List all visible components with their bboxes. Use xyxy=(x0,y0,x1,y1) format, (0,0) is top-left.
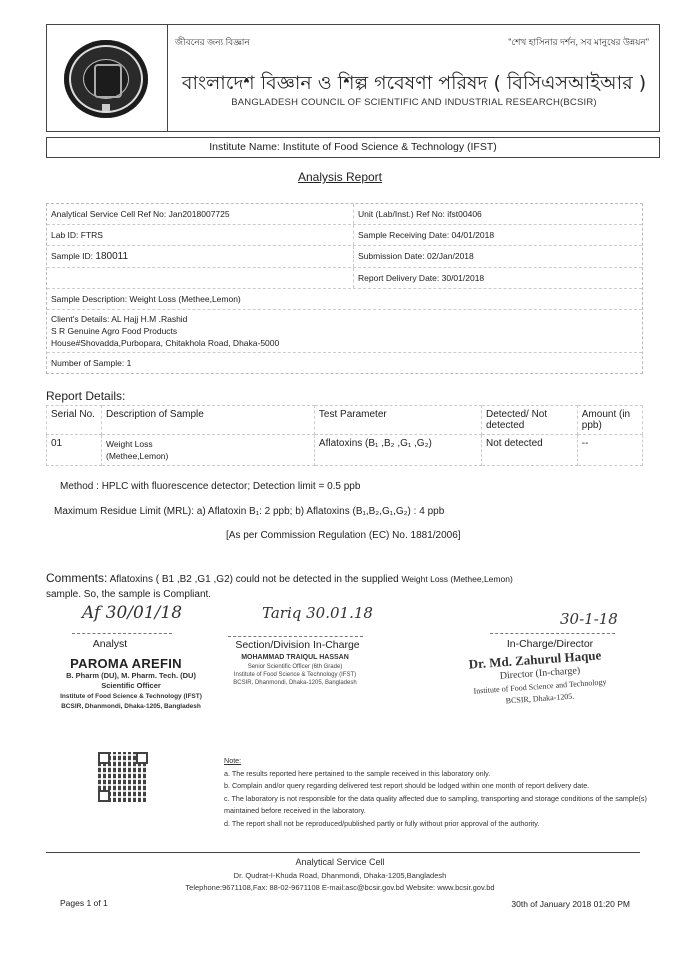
regulation-text: [As per Commission Regulation (EC) No. 1… xyxy=(226,530,461,541)
sample-id-value: 180011 xyxy=(95,251,128,262)
info-row: Sample Description: Weight Loss (Methee,… xyxy=(47,289,642,310)
analyst-signature: Af 30/01/18 xyxy=(82,603,182,623)
sample-description: Sample Description: Weight Loss (Methee,… xyxy=(47,289,642,309)
footer-divider xyxy=(46,852,640,853)
description-cell: Weight Loss (Methee,Lemon) xyxy=(102,435,315,466)
sample-id-label: Sample ID: xyxy=(51,251,95,261)
section-role: Section/Division In-Charge xyxy=(225,639,370,651)
analyst-name: PAROMA AREFIN xyxy=(46,656,206,671)
lab-id: Lab ID: FTRS xyxy=(47,225,354,245)
logo-cell xyxy=(47,25,168,131)
comments-text: Aflatoxins ( B1 ,B2 ,G1 ,G2) could not b… xyxy=(107,574,401,585)
qr-code-icon xyxy=(98,752,148,802)
signature-line xyxy=(490,633,615,634)
comments: Comments: Aflatoxins ( B1 ,B2 ,G1 ,G2) c… xyxy=(46,571,666,602)
report-details-title: Report Details: xyxy=(46,389,125,403)
page-count: Pages 1 of 1 xyxy=(60,898,108,908)
col-header: Description of Sample xyxy=(102,406,315,435)
analyst-title: Scientific Officer xyxy=(46,681,216,690)
note-c: c. The laboratory is not responsible for… xyxy=(224,793,654,818)
analyst-role: Analyst xyxy=(60,638,160,650)
footer-contact: Telephone:9671108,Fax: 88-02-9671108 E-m… xyxy=(0,883,680,892)
analyst-address: BCSIR, Dhanmondi, Dhaka-1205, Bangladesh xyxy=(46,702,216,711)
info-row: Lab ID: FTRS Sample Receiving Date: 04/0… xyxy=(47,225,642,246)
analyst-degree: B. Pharm (DU), M. Pharm. Tech. (DU) xyxy=(46,671,216,680)
info-row: Sample ID: 180011 Submission Date: 02/Ja… xyxy=(47,246,642,268)
empty-cell xyxy=(47,268,354,288)
report-title: Analysis Report xyxy=(0,170,680,184)
comments-conclusion: sample. So, the sample is Compliant. xyxy=(46,589,211,600)
service-ref: Analytical Service Cell Ref No: Jan20180… xyxy=(47,204,354,224)
note-b: b. Complain and/or query regarding deliv… xyxy=(224,780,654,793)
director-signature: 30-1-18 xyxy=(560,610,618,628)
qr-finder xyxy=(98,790,110,802)
seal-emblem-icon xyxy=(94,64,122,98)
letterhead: জীবনের জন্য বিজ্ঞান "শেখ হাসিনার দর্শন, … xyxy=(46,24,660,132)
amount-cell: -- xyxy=(577,435,642,466)
info-row: Number of Sample: 1 xyxy=(47,353,642,373)
sample-id: Sample ID: 180011 xyxy=(47,246,354,267)
info-row: Analytical Service Cell Ref No: Jan20180… xyxy=(47,204,642,225)
col-header: Amount (in ppb) xyxy=(577,406,642,435)
notes: Note: a. The results reported here perta… xyxy=(224,755,654,830)
motto-left: জীবনের জন্য বিজ্ঞান xyxy=(175,35,250,50)
description-line: Weight Loss xyxy=(106,438,310,450)
notes-title: Note: xyxy=(224,755,654,768)
client-name: Client's Details: AL Hajj H.M .Rashid xyxy=(51,313,638,325)
print-timestamp: 30th of January 2018 01:20 PM xyxy=(500,898,630,910)
signature-line xyxy=(72,633,172,634)
unit-ref: Unit (Lab/Inst.) Ref No: ifst00406 xyxy=(354,204,642,224)
comments-sample: Weight Loss (Methee,Lemon) xyxy=(401,574,512,584)
submission-date: Submission Date: 02/Jan/2018 xyxy=(354,246,642,267)
org-title-english: BANGLADESH COUNCIL OF SCIENTIFIC AND IND… xyxy=(167,97,661,108)
delivery-date: Report Delivery Date: 30/01/2018 xyxy=(354,268,642,288)
signature-line xyxy=(228,636,363,637)
section-title: Senior Scientific Officer (6th Grade) xyxy=(225,663,365,671)
analyst-institute: Institute of Food Science & Technology (… xyxy=(46,692,216,701)
sample-info-grid: Analytical Service Cell Ref No: Jan20180… xyxy=(46,203,643,374)
seal-base-icon xyxy=(102,104,110,111)
results-table: Serial No. Description of Sample Test Pa… xyxy=(46,405,643,466)
table-row: 01 Weight Loss (Methee,Lemon) Aflatoxins… xyxy=(47,435,643,466)
client-details: Client's Details: AL Hajj H.M .Rashid S … xyxy=(47,310,642,352)
col-header: Test Parameter xyxy=(314,406,481,435)
comments-label: Comments: xyxy=(46,571,107,585)
institute-name: Institute Name: Institute of Food Scienc… xyxy=(46,137,660,158)
note-d: d. The report shall not be reproduced/pu… xyxy=(224,818,654,831)
qr-finder xyxy=(136,752,148,764)
section-name: MOHAMMAD TRAIQUL HASSAN xyxy=(225,653,365,662)
qr-finder xyxy=(98,752,110,764)
client-address: House#Shovadda,Purbopara, Chitakhola Roa… xyxy=(51,337,638,349)
col-header: Detected/ Not detected xyxy=(482,406,578,435)
mrl-text: Maximum Residue Limit (MRL): a) Aflatoxi… xyxy=(54,506,444,517)
table-header-row: Serial No. Description of Sample Test Pa… xyxy=(47,406,643,435)
client-company: S R Genuine Agro Food Products xyxy=(51,325,638,337)
receiving-date: Sample Receiving Date: 04/01/2018 xyxy=(354,225,642,245)
parameter-cell: Aflatoxins (B₁ ,B₂ ,G₁ ,G₂) xyxy=(314,435,481,466)
info-row: Report Delivery Date: 30/01/2018 xyxy=(47,268,642,289)
description-line: (Methee,Lemon) xyxy=(106,450,310,462)
col-header: Serial No. xyxy=(47,406,102,435)
section-address: BCSIR, Dhanmondi, Dhaka-1205, Bangladesh xyxy=(225,679,365,687)
method-text: Method : HPLC with fluorescence detector… xyxy=(60,481,360,492)
footer-title: Analytical Service Cell xyxy=(0,857,680,867)
footer-address: Dr. Qudrat-I-Khuda Road, Dhanmondi, Dhak… xyxy=(0,871,680,880)
serial-cell: 01 xyxy=(47,435,102,466)
note-a: a. The results reported here pertained t… xyxy=(224,768,654,781)
section-institute: Institute of Food Science & Technology (… xyxy=(225,671,365,679)
bcsir-seal-icon xyxy=(64,40,148,118)
section-signature: Tariq 30.01.18 xyxy=(262,604,373,622)
detected-cell: Not detected xyxy=(482,435,578,466)
info-row: Client's Details: AL Hajj H.M .Rashid S … xyxy=(47,310,642,353)
motto-right: "শেখ হাসিনার দর্শন, সব মানুষের উন্নয়ন" xyxy=(508,35,649,50)
number-of-sample: Number of Sample: 1 xyxy=(47,353,642,373)
